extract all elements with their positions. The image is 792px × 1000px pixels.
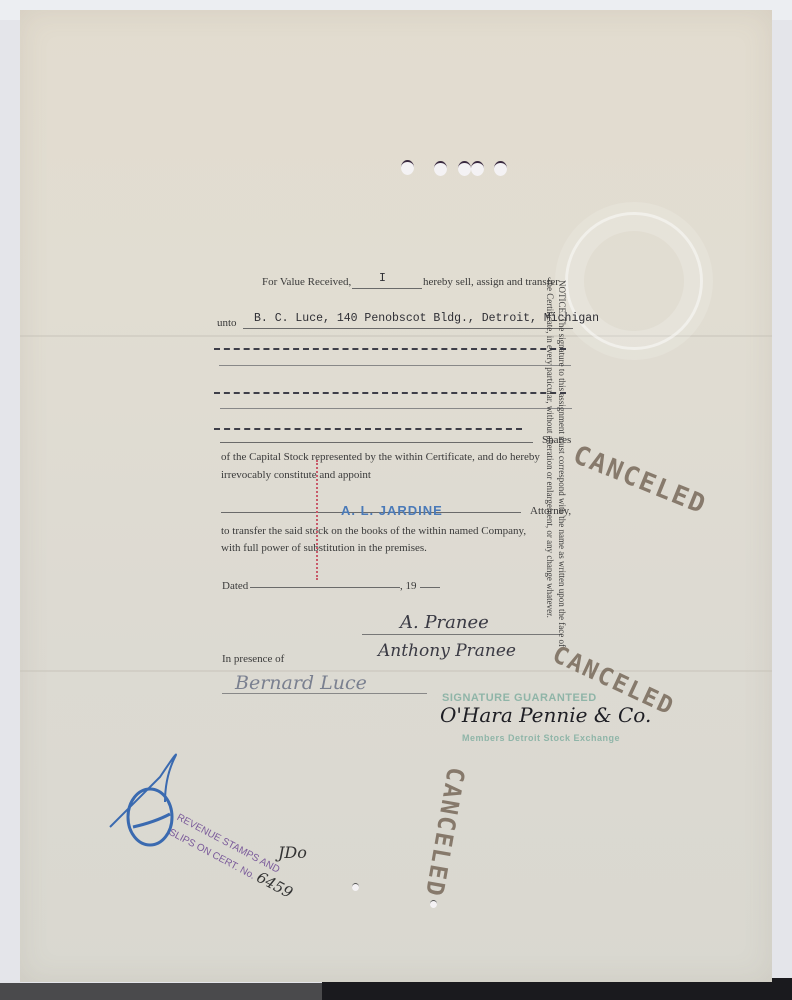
dashed-line bbox=[214, 392, 566, 396]
initials: JDo bbox=[278, 843, 307, 862]
red-vertical-stamp bbox=[316, 460, 326, 580]
punch-hole-icon bbox=[352, 883, 359, 891]
dashed-line bbox=[214, 348, 566, 352]
for-value-received-label: For Value Received, bbox=[262, 276, 351, 288]
punch-hole-icon bbox=[458, 161, 471, 176]
punch-hole-icon bbox=[401, 160, 414, 175]
witness-signature[interactable]: Bernard Luce bbox=[235, 672, 367, 694]
date-line bbox=[250, 587, 400, 588]
assignor-field[interactable]: I bbox=[379, 272, 386, 285]
signature-1[interactable]: A. Pranee bbox=[400, 612, 489, 633]
shares-line bbox=[220, 442, 533, 443]
notice-line-1: NOTICE. The signature to this assignment… bbox=[556, 280, 568, 647]
signature-2[interactable]: Anthony Pranee bbox=[378, 641, 516, 661]
dashed-line bbox=[214, 428, 522, 432]
hereby-label: hereby sell, assign and transfer bbox=[423, 276, 559, 288]
presence-label: In presence of bbox=[222, 653, 284, 665]
signature-line bbox=[362, 634, 562, 635]
fold-line bbox=[20, 670, 772, 672]
capital-stock-text: of the Capital Stock represented by the … bbox=[221, 451, 540, 463]
assignee-line bbox=[243, 328, 573, 329]
notice-line-2: the Certificate, in every particular, wi… bbox=[544, 280, 556, 647]
irrevocably-text: irrevocably constitute and appoint bbox=[221, 469, 371, 481]
blank-line bbox=[219, 365, 571, 366]
year-line bbox=[420, 587, 440, 588]
dated-label: Dated bbox=[222, 580, 248, 592]
punch-hole-icon bbox=[430, 900, 437, 908]
guarantor-signature[interactable]: O'Hara Pennie & Co. bbox=[440, 703, 651, 727]
attorney-stamp[interactable]: A. L. JARDINE bbox=[341, 503, 443, 518]
year-prefix: , 19 bbox=[400, 580, 417, 592]
punch-hole-icon bbox=[494, 161, 507, 176]
punch-hole-icon bbox=[471, 161, 484, 176]
notice-text: NOTICE. The signature to this assignment… bbox=[544, 280, 568, 647]
unto-label: unto bbox=[217, 317, 237, 329]
exchange-member-stamp: Members Detroit Stock Exchange bbox=[462, 733, 620, 743]
punch-hole-icon bbox=[434, 161, 447, 176]
transfer-text: to transfer the said stock on the books … bbox=[221, 525, 526, 537]
assignor-line bbox=[352, 288, 422, 289]
blank-line bbox=[220, 408, 572, 409]
background-table-left bbox=[0, 983, 322, 1000]
embossed-seal-icon bbox=[565, 212, 703, 350]
